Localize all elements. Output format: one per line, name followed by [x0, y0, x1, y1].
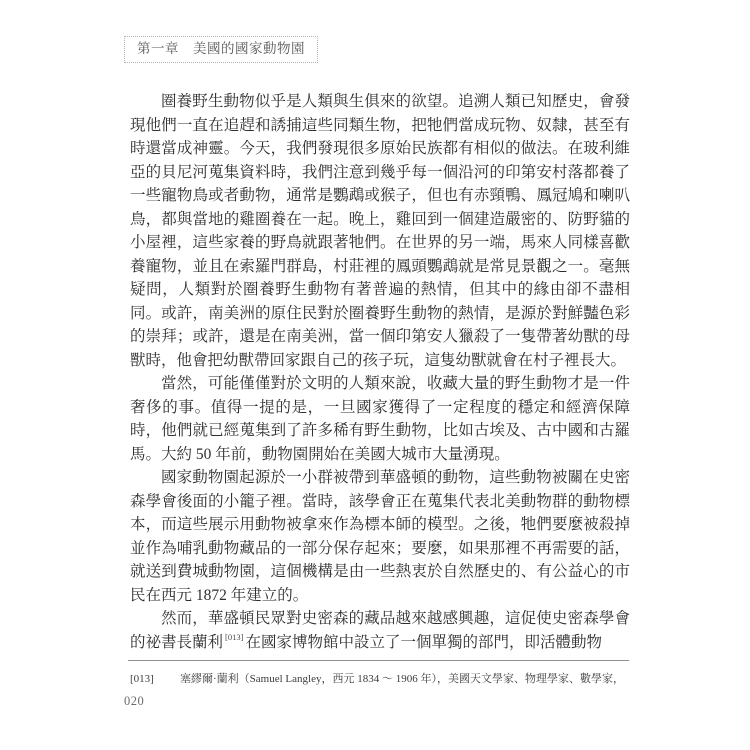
- footnote-marker: [013]: [130, 672, 180, 687]
- footnote-divider: [128, 660, 629, 661]
- paragraph-3: 國家動物園起源於一小群被帶到華盛頓的動物，這些動物被關在史密森學會後面的小籠子裡…: [130, 466, 630, 607]
- book-page: 第一章 美國的國家動物園 圈養野生動物似乎是人類與生俱來的欲望。追溯人類已知歷史…: [0, 0, 750, 750]
- paragraph-1: 圈養野生動物似乎是人類與生俱來的欲望。追溯人類已知歷史，會發現他們一直在追趕和誘…: [130, 90, 630, 372]
- footnote-text: 塞繆爾·蘭利（Samuel Langley，西元 1834 ～ 1906 年），…: [180, 672, 632, 687]
- paragraph-4: 然而，華盛頓民眾對史密森的藏品越來越感興趣，這促使史密森學會的祕書長蘭利[013…: [130, 607, 630, 654]
- paragraph-4-text-post: 在國家博物館中設立了一個單獨的部門，即活體動物: [245, 634, 602, 651]
- chapter-header-box: 第一章 美國的國家動物園: [124, 36, 318, 63]
- body-text: 圈養野生動物似乎是人類與生俱來的欲望。追溯人類已知歷史，會發現他們一直在追趕和誘…: [130, 90, 630, 654]
- page-number: 020: [124, 694, 144, 709]
- footnote: [013] 塞繆爾·蘭利（Samuel Langley，西元 1834 ～ 19…: [130, 672, 632, 687]
- paragraph-2: 當然，可能僅僅對於文明的人類來說，收藏大量的野生動物才是一件奢侈的事。值得一提的…: [130, 372, 630, 466]
- chapter-header: 第一章 美國的國家動物園: [137, 41, 305, 56]
- footnote-reference: [013]: [225, 632, 243, 642]
